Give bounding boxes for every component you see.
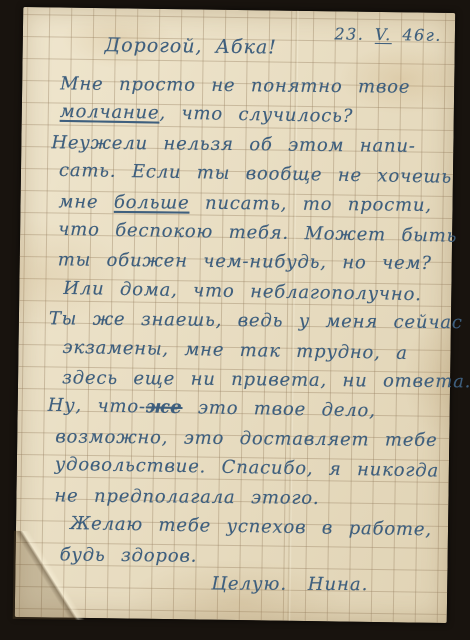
letter-line-14: удовольствие. Спасибо, я никогда (55, 450, 447, 486)
date-month-roman: V. (375, 25, 392, 44)
salutation-line: Дорогой, Абка! (105, 34, 277, 58)
underlined-word: больше (114, 192, 190, 214)
letter-date: 23. V. 46г. (334, 24, 442, 44)
date-day: 23. (334, 24, 364, 43)
letter-body: Мне просто не понятно твое молчание, что… (53, 69, 452, 574)
letter-line-17: будь здоров. (59, 540, 445, 573)
signature-line: Целую. Нина. (211, 573, 368, 595)
photo-background: { "colors": { "background": "#18130e", "… (0, 0, 470, 640)
letter-paper: 23. V. 46г. Дорогой, Абка! Мне просто не… (15, 7, 455, 623)
letter-line-4: сать. Если ты вообще не хочешь (59, 156, 451, 192)
underlined-word: молчание (60, 101, 160, 124)
corrected-word: же (146, 397, 183, 419)
date-year: 46г. (402, 25, 442, 45)
letter-line-16: Желаю тебе успехов в работе, (70, 509, 446, 545)
